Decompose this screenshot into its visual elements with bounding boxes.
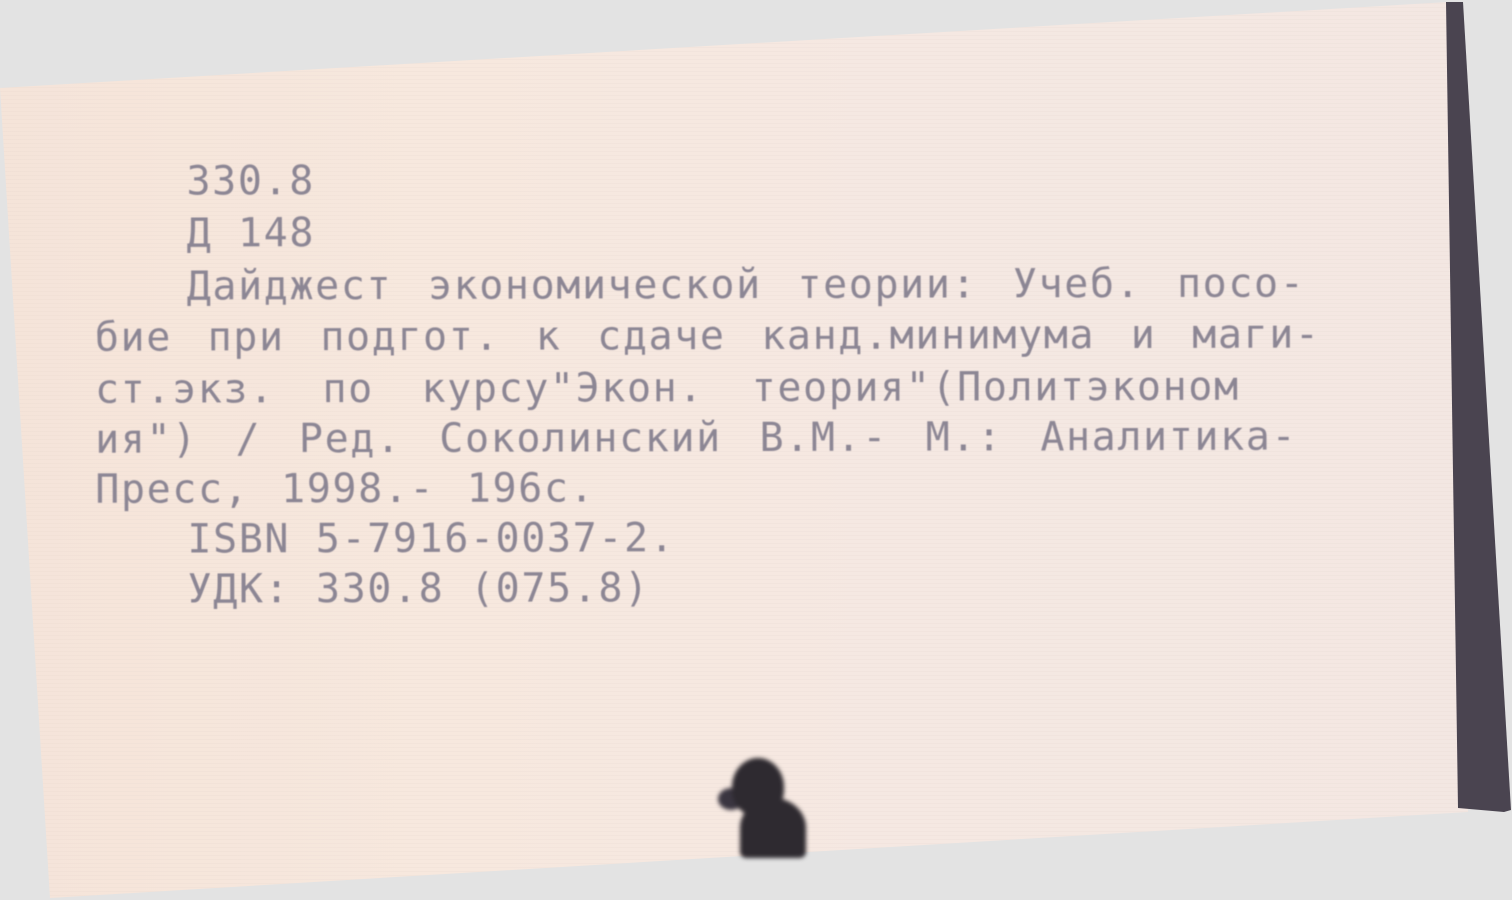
bibliographic-line: ст.экз. по курсу"Экон. теория"(Политэкон… [95,367,1240,410]
punch-hole-icon [718,758,810,858]
bibliographic-line: ия") / Ред. Соколинский В.М.- М.: Аналит… [95,417,1297,460]
author-mark: Д 148 [187,213,316,253]
udk-line: УДК: 330.8 (075.8) [187,568,649,609]
bibliographic-line: Пресс, 1998.- 196с. [95,468,595,509]
bibliographic-line: Дайджест экономической теории: Учеб. пос… [187,264,1306,307]
scanned-catalog-card: 330.8 Д 148 Дайджест экономической теори… [0,0,1512,900]
classification-number: 330.8 [186,161,315,201]
card-text: 330.8 Д 148 Дайджест экономической теори… [0,0,104,506]
isbn-line: ISBN 5-7916-0037-2. [187,518,675,559]
punch-hole-bottom [740,798,806,858]
bibliographic-line: бие при подгот. к сдаче канд.минимума и … [95,315,1321,358]
